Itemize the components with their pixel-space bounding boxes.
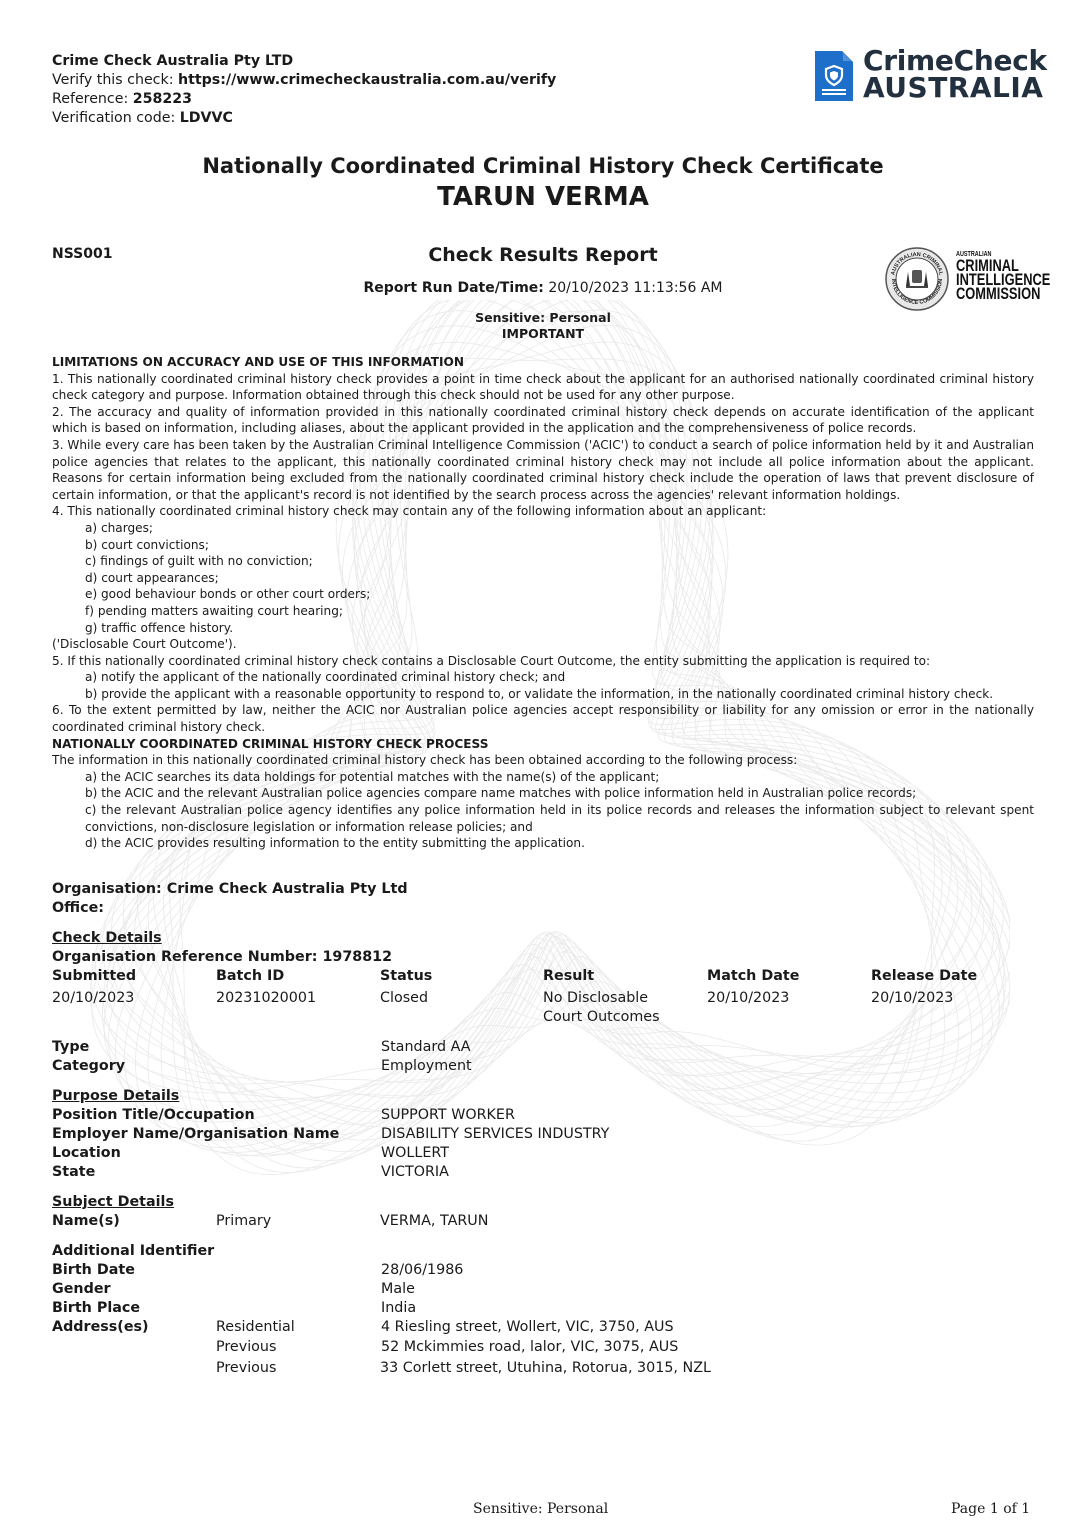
limitation-1: 1. This nationally coordinated criminal …	[52, 371, 1034, 404]
limitations-section: LIMITATIONS ON ACCURACY AND USE OF THIS …	[52, 354, 1034, 852]
limitation-3: 3. While every care has been taken by th…	[52, 437, 1034, 503]
purpose-details-heading: Purpose Details	[52, 1087, 179, 1106]
limitation-4-item: f) pending matters awaiting court hearin…	[52, 603, 1034, 620]
reference-number: 258223	[133, 91, 192, 107]
important-label: IMPORTANT	[0, 326, 1086, 342]
process-intro: The information in this nationally coord…	[52, 752, 1034, 769]
gender-value: Male	[381, 1280, 415, 1299]
reference-label: Reference:	[52, 91, 133, 107]
logo-line-1: CrimeCheck	[863, 47, 1047, 74]
names-type: Primary	[216, 1212, 271, 1231]
organisation-line: Organisation: Crime Check Australia Pty …	[52, 880, 408, 899]
position-value: SUPPORT WORKER	[381, 1106, 515, 1125]
val-result: No Disclosable Court Outcomes	[543, 989, 683, 1027]
position-label: Position Title/Occupation	[52, 1106, 255, 1125]
org-reference-number: Organisation Reference Number: 1978812	[52, 948, 392, 967]
process-item: d) the ACIC provides resulting informati…	[52, 835, 1034, 852]
run-label: Report Run Date/Time:	[364, 280, 544, 296]
val-batch-id: 20231020001	[216, 989, 316, 1008]
employer-label: Employer Name/Organisation Name	[52, 1125, 339, 1144]
subject-details-heading: Subject Details	[52, 1193, 174, 1212]
location-value: WOLLERT	[381, 1144, 449, 1163]
limitation-5-item: b) provide the applicant with a reasonab…	[52, 686, 1034, 703]
limitation-6: 6. To the extent permitted by law, neith…	[52, 702, 1034, 735]
check-details-heading: Check Details	[52, 929, 162, 948]
names-value: VERMA, TARUN	[380, 1212, 488, 1231]
document-shield-icon	[815, 51, 853, 101]
verification-code-label: Verification code:	[52, 110, 180, 126]
limitation-2: 2. The accuracy and quality of informati…	[52, 404, 1034, 437]
address-type: Residential	[216, 1318, 295, 1337]
organisation-block: Organisation: Crime Check Australia Pty …	[52, 880, 408, 918]
limitation-4-item: g) traffic offence history.	[52, 620, 1034, 637]
additional-identifier-heading: Additional Identifier	[52, 1242, 214, 1261]
sensitivity-banner: Sensitive: Personal IMPORTANT	[0, 310, 1086, 342]
process-item: b) the ACIC and the relevant Australian …	[52, 785, 1034, 802]
verify-link[interactable]: https://www.crimecheckaustralia.com.au/v…	[178, 72, 556, 88]
state-label: State	[52, 1163, 95, 1182]
address-value: 4 Riesling street, Wollert, VIC, 3750, A…	[381, 1318, 674, 1337]
process-item: c) the relevant Australian police agency…	[52, 802, 1034, 835]
employer-value: DISABILITY SERVICES INDUSTRY	[381, 1125, 609, 1144]
address-type: Previous	[216, 1338, 276, 1357]
category-label: Category	[52, 1057, 125, 1076]
limitation-5: 5. If this nationally coordinated crimin…	[52, 653, 1034, 670]
birth-date-label: Birth Date	[52, 1261, 135, 1280]
issuer-header: Crime Check Australia Pty LTD Verify thi…	[52, 52, 556, 128]
col-status: Status	[380, 967, 432, 986]
address-type: Previous	[216, 1359, 276, 1378]
limitation-4-item: e) good behaviour bonds or other court o…	[52, 586, 1034, 603]
verification-code: LDVVC	[180, 110, 233, 126]
val-match-date: 20/10/2023	[707, 989, 789, 1008]
address-value: 52 Mckimmies road, lalor, VIC, 3075, AUS	[381, 1338, 678, 1357]
limitation-4-item: c) findings of guilt with no conviction;	[52, 553, 1034, 570]
footer-page-number: Page 1 of 1	[951, 1501, 1030, 1517]
crimecheck-logo: CrimeCheck AUSTRALIA	[815, 51, 1040, 105]
type-label: Type	[52, 1038, 89, 1057]
col-result: Result	[543, 967, 594, 986]
location-label: Location	[52, 1144, 121, 1163]
sensitivity-label: Sensitive: Personal	[0, 310, 1086, 326]
process-item: a) the ACIC searches its data holdings f…	[52, 769, 1034, 786]
state-value: VICTORIA	[381, 1163, 449, 1182]
limitations-heading: LIMITATIONS ON ACCURACY AND USE OF THIS …	[52, 354, 1034, 371]
val-status: Closed	[380, 989, 428, 1008]
issuer-company: Crime Check Australia Pty LTD	[52, 53, 293, 69]
certificate-title: Nationally Coordinated Criminal History …	[0, 154, 1086, 178]
address-value: 33 Corlett street, Utuhina, Rotorua, 301…	[380, 1359, 711, 1378]
addresses-label: Address(es)	[52, 1318, 149, 1337]
office-line: Office:	[52, 899, 408, 918]
acic-line-3: COMMISSION	[956, 287, 1050, 301]
footer-sensitivity: Sensitive: Personal	[473, 1501, 608, 1517]
limitation-4-tail: ('Disclosable Court Outcome').	[52, 636, 1034, 653]
type-value: Standard AA	[381, 1038, 471, 1057]
col-match-date: Match Date	[707, 967, 799, 986]
val-submitted: 20/10/2023	[52, 989, 134, 1008]
val-release-date: 20/10/2023	[871, 989, 953, 1008]
birth-place-label: Birth Place	[52, 1299, 140, 1318]
category-value: Employment	[381, 1057, 472, 1076]
limitation-4-item: b) court convictions;	[52, 537, 1034, 554]
applicant-name: TARUN VERMA	[0, 182, 1086, 212]
acic-logo: AUSTRALIAN CRIMINAL INTELLIGENCE COMMISS…	[884, 246, 1044, 312]
limitation-4: 4. This nationally coordinated criminal …	[52, 503, 1034, 520]
birth-place-value: India	[381, 1299, 416, 1318]
col-submitted: Submitted	[52, 967, 136, 986]
names-label: Name(s)	[52, 1212, 120, 1231]
limitation-4-item: a) charges;	[52, 520, 1034, 537]
birth-date-value: 28/06/1986	[381, 1261, 463, 1280]
col-batch-id: Batch ID	[216, 967, 284, 986]
run-value: 20/10/2023 11:13:56 AM	[548, 280, 722, 296]
col-release-date: Release Date	[871, 967, 977, 986]
acic-seal-icon: AUSTRALIAN CRIMINAL INTELLIGENCE COMMISS…	[884, 246, 950, 312]
verify-label: Verify this check:	[52, 72, 178, 88]
limitation-5-item: a) notify the applicant of the nationall…	[52, 669, 1034, 686]
limitation-4-item: d) court appearances;	[52, 570, 1034, 587]
process-heading: NATIONALLY COORDINATED CRIMINAL HISTORY …	[52, 736, 1034, 753]
gender-label: Gender	[52, 1280, 111, 1299]
logo-line-2: AUSTRALIA	[863, 74, 1047, 101]
